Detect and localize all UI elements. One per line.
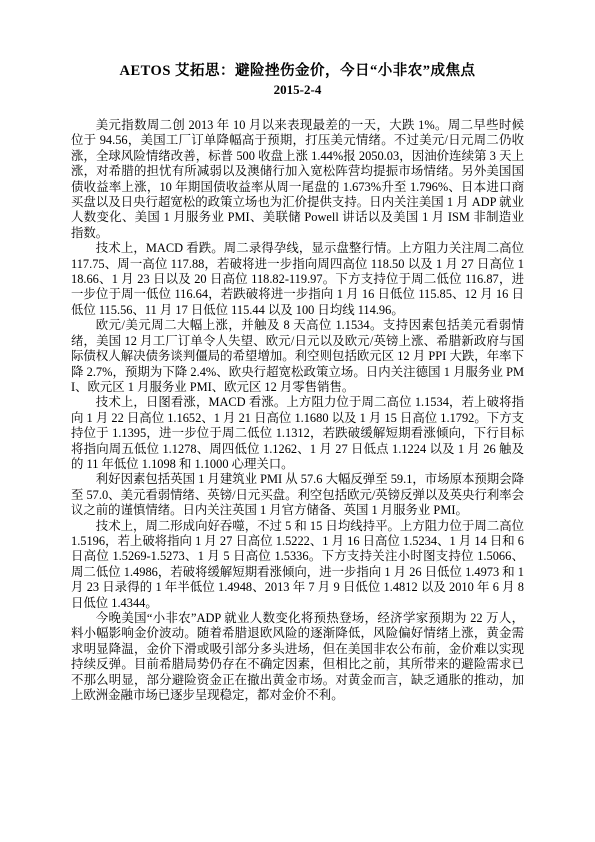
document-page: AETOS 艾拓思：避险挫伤金价，今日“小非农”成焦点 2015-2-4 美元指… xyxy=(0,0,595,842)
document-body: 美元指数周二创 2013 年 10 月以来表现最差的一天，大跌 1%。周二早些时… xyxy=(71,118,524,703)
body-paragraph: 今晚美国“小非农”ADP 就业人数变化将预热登场，经济学家预期为 22 万人，料… xyxy=(71,611,524,703)
body-paragraph: 利好因素包括英国 1 月建筑业 PMI 从 57.6 大幅反弹至 59.1，市场… xyxy=(71,472,524,518)
body-paragraph: 技术上，MACD 看跌。周二录得孕线，显示盘整行情。上方阻力关注周二高位 117… xyxy=(71,241,524,318)
body-paragraph: 技术上，日图看涨，MACD 看涨。上方阻力位于周二高位 1.1534，若上破将指… xyxy=(71,395,524,472)
body-paragraph: 美元指数周二创 2013 年 10 月以来表现最差的一天，大跌 1%。周二早些时… xyxy=(71,118,524,241)
body-paragraph: 技术上，周二形成向好吞噬，不过 5 和 15 日均线持平。上方阻力位于周二高位 … xyxy=(71,519,524,611)
document-date: 2015-2-4 xyxy=(71,81,524,98)
body-paragraph: 欧元/美元周二大幅上涨，并触及 8 天高位 1.1534。支持因素包括美元看弱情… xyxy=(71,318,524,395)
document-title: AETOS 艾拓思：避险挫伤金价，今日“小非农”成焦点 xyxy=(71,62,524,81)
